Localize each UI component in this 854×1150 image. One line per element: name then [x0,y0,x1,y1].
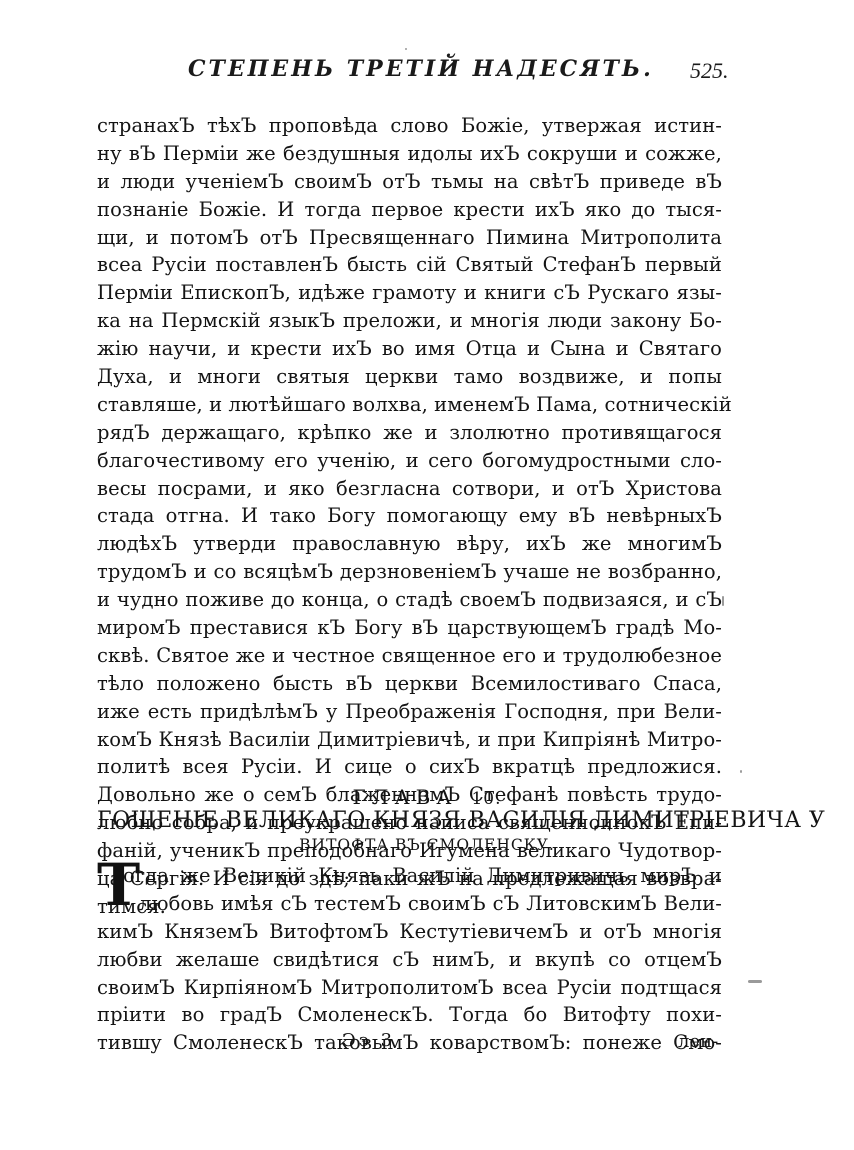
text-line: политѣ всея Русіи. И сице о сихЪ вкратцѣ… [97,753,722,781]
text-line: познаніе Божіе. И тогда первое крести их… [97,196,722,224]
scan-mark [740,770,742,773]
text-line: благочестивому его ученію, и сего богому… [97,447,722,475]
text-line: ну вЪ Пермiи же бездушныя идолы ихЪ сокр… [97,140,722,168]
chapter-number: 10. [471,789,501,809]
catchword: лен- [678,1031,718,1052]
text-line: трудомЪ и со всяцѣмЪ дерзновеніемЪ учаше… [97,558,722,586]
text-line: тѣло положено бысть вЪ церкви Всемилости… [97,670,722,698]
page-number: 525. [690,58,729,84]
chapter-heading: ГЛАВА10. [0,785,854,809]
text-line: рядЪ держащаго, крѣпко же и злолютно про… [97,419,722,447]
text-line: огда же Великій Князь Василій Димитривич… [97,862,722,890]
text-line: Перміи ЕпископЪ, идѣже грамоту и книги с… [97,279,722,307]
text-line: странахЪ тѣхЪ проповѣда слово Божіе, утв… [97,112,722,140]
text-line: своимЪ КирпіяномЪ МитрополитомЪ всеа Рус… [97,974,722,1002]
text-line: жiю научи, и крести ихЪ во имя Отца и Сы… [97,335,722,363]
text-line: весы посрами, и яко безгласна сотвори, и… [97,475,722,503]
text-line: миромЪ преставися кЪ Богу вЪ царствующем… [97,614,722,642]
signature-mark: Ээ 3 [342,1030,395,1051]
text-line: ка на Пермскій языкЪ преложи, и многія л… [97,307,722,335]
text-line: Духа, и многи святыя церкви тамо воздвиж… [97,363,722,391]
scan-mark [405,48,407,50]
text-line: кимЪ КняземЪ ВитофтомЪ КестутіевичемЪ и … [97,918,722,946]
text-line: пріити во градЪ СмоленескЪ. Тогда бо Вит… [97,1001,722,1029]
chapter-label: ГЛАВА [353,785,458,809]
text-line: щи, и потомЪ отЪ Пресвященнаго Пимина Ми… [97,224,722,252]
text-line: любовь имѣя сЪ тестемЪ своимЪ сЪ Литовск… [97,890,722,918]
scan-mark [748,980,762,983]
text-line: любви желаше свидѣтися сЪ нимЪ, и вкупѣ … [97,946,722,974]
text-line: стада отгна. И тако Богу помогающу ему в… [97,502,722,530]
running-title: СТЕПЕНЬ ТРЕТІЙ НАДЕСЯТЬ. [188,56,654,82]
text-line: всеа Русіи поставленЪ бысть сій Святый С… [97,251,722,279]
text-line: ставляше, и лютѣйшаго волхва, именемЪ Па… [97,391,722,419]
text-line: комЪ Князѣ Василіи Димитріевичѣ, и при К… [97,726,722,754]
text-line: тившу СмоленескЪ таковымЪ коварствомЪ: п… [97,1029,722,1057]
text-line: и чудно поживе до конца, о стадѣ своемЪ … [97,586,722,614]
paragraph-2: огда же Великій Князь Василій Димитривич… [97,862,722,1057]
book-page: СТЕПЕНЬ ТРЕТІЙ НАДЕСЯТЬ. 525. странахЪ т… [0,0,854,1150]
text-line: людѣхЪ утверди православную вѣру, ихЪ же… [97,530,722,558]
scan-mark [722,596,724,606]
text-line: и люди ученіемЪ своимЪ отЪ тьмы на свѣтЪ… [97,168,722,196]
text-line: иже есть придѣлѣмЪ у Преображенія Господ… [97,698,722,726]
chapter-title-line-1: ГОЩЕНІЕ ВЕЛИКАГО КНЯЗЯ ВАСИЛІЯ ДИМИТРІЕВ… [97,808,722,833]
text-line: сквѣ. Святое же и честное священное его … [97,642,722,670]
